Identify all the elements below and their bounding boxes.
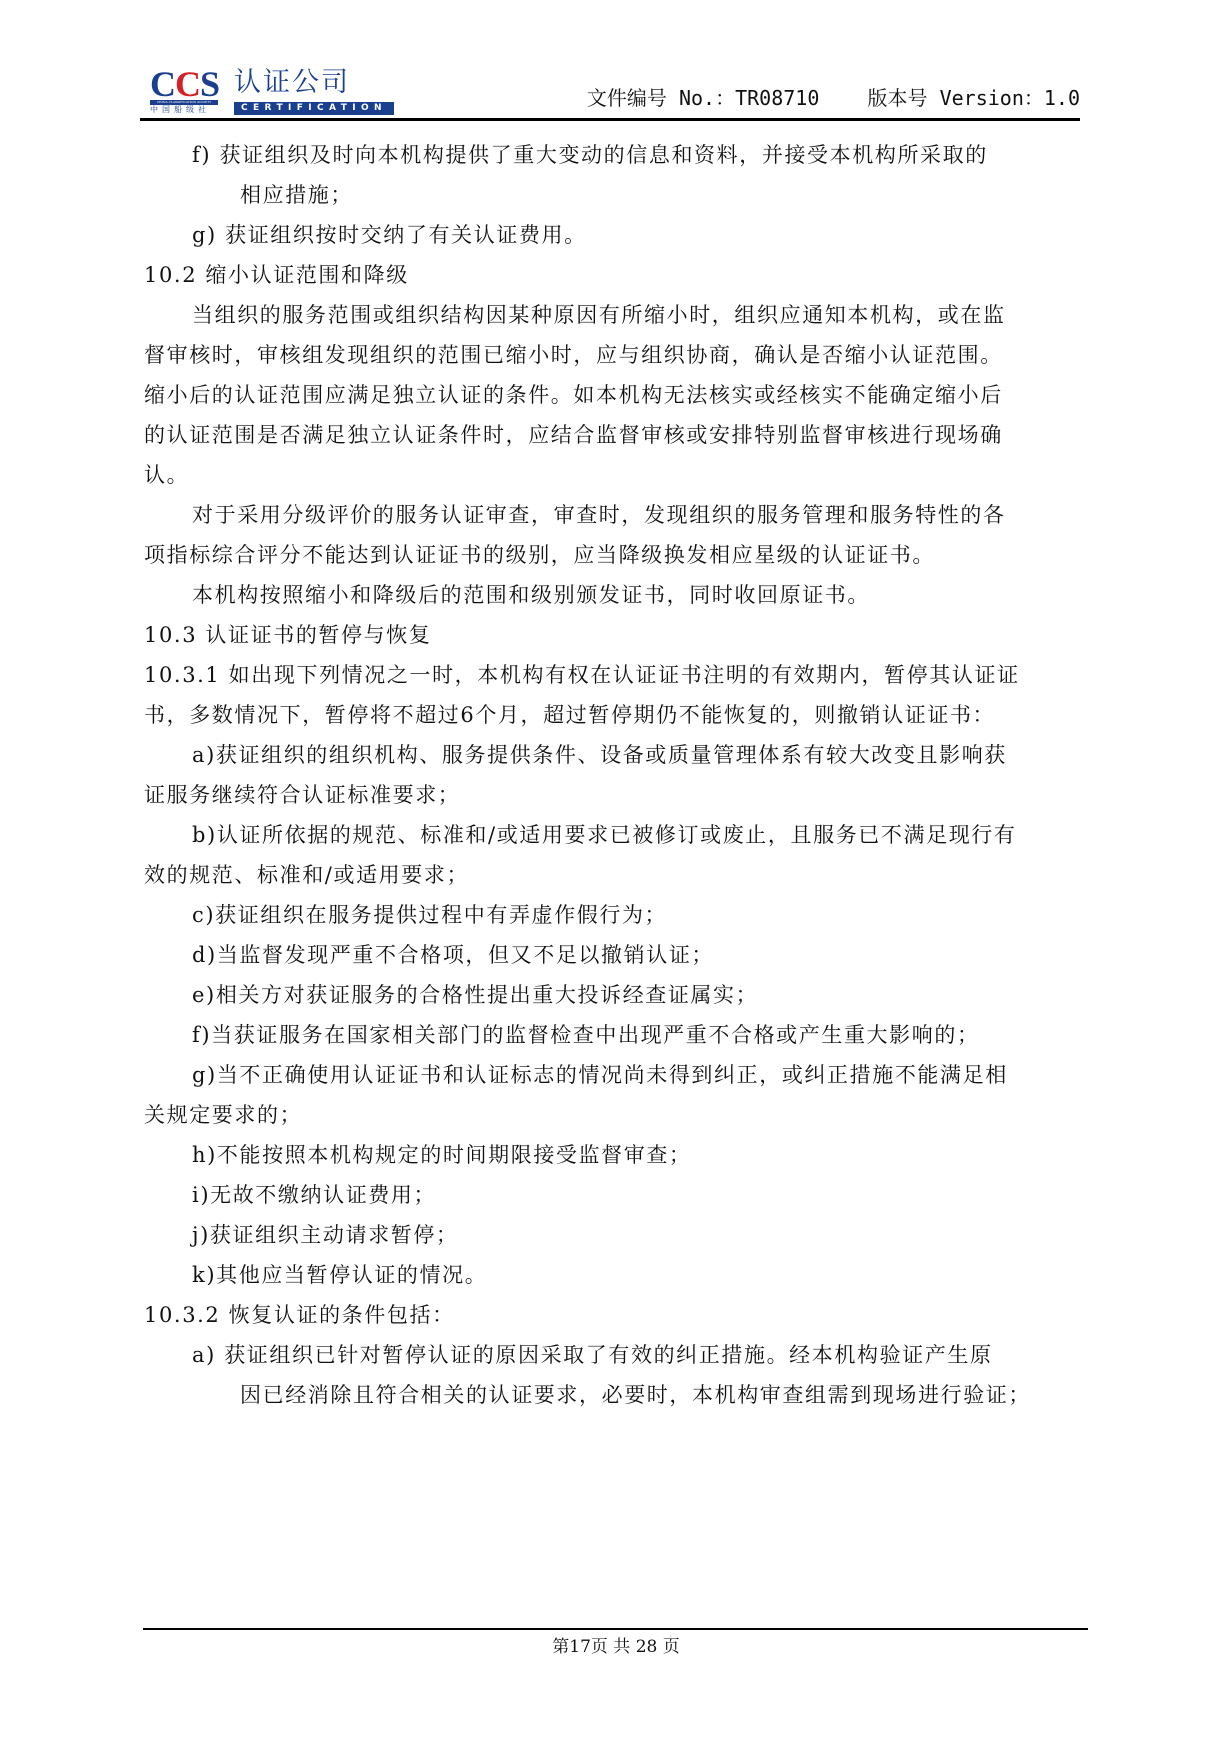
text-line: h)不能按照本机构规定的时间期限接受监督审查； [192, 1142, 692, 1168]
text-line: i)无故不缴纳认证费用； [192, 1182, 436, 1208]
text-line: g) 获证组织按时交纳了有关认证费用。 [192, 222, 587, 248]
text-line: 项指标综合评分不能达到认证证书的级别，应当降级换发相应星级的认证证书。 [144, 542, 935, 568]
text-line: d)当监督发现严重不合格项，但又不足以撤销认证； [192, 942, 714, 968]
text-line: b)认证所依据的规范、标准和/或适用要求已被修订或废止，且服务已不满足现行有 [192, 822, 1017, 848]
text-line: 当组织的服务范围或组织结构因某种原因有所缩小时，组织应通知本机构，或在监 [192, 302, 1006, 328]
text-line: 关规定要求的； [144, 1102, 302, 1128]
text-line: 认。 [144, 462, 189, 488]
ccs-certification-logo: CCS CHINA CLASSIFICATION SOCIETY 中国船级社 认… [150, 66, 400, 116]
text-line: c)获证组织在服务提供过程中有弄虚作假行为； [192, 902, 667, 928]
text-line: 相应措施； [240, 182, 353, 208]
logo-society-cn: 中国船级社 [150, 105, 210, 115]
document-info: 文件编号 No.：TR08710 版本号 Version：1.0 [587, 86, 1080, 110]
text-line: 对于采用分级评价的服务认证审查，审查时，发现组织的服务管理和服务特性的各 [192, 502, 1006, 528]
text-line: 的认证范围是否满足独立认证条件时，应结合监督审核或安排特别监督审核进行现场确 [144, 422, 1003, 448]
text-line: 10.3 认证证书的暂停与恢复 [144, 622, 431, 648]
logo-company-cn: 认证公司 [234, 68, 350, 98]
header-divider [140, 118, 1080, 121]
text-line: f)当获证服务在国家相关部门的监督检查中出现严重不合格或产生重大影响的； [192, 1022, 980, 1048]
text-line: 效的规范、标准和/或适用要求； [144, 862, 469, 888]
text-line: 10.2 缩小认证范围和降级 [144, 262, 409, 288]
doc-number-label: 文件编号 No.： [587, 86, 735, 110]
text-line: a) 获证组织已针对暂停认证的原因采取了有效的纠正措施。经本机构验证产生原 [192, 1342, 993, 1368]
text-line: 10.3.1 如出现下列情况之一时，本机构有权在认证证书注明的有效期内，暂停其认… [144, 662, 1020, 688]
logo-ccs-mark: CCS [150, 66, 219, 102]
text-line: 书，多数情况下，暂停将不超过6个月，超过暂停期仍不能恢复的，则撤销认证证书： [144, 702, 995, 728]
text-line: a)获证组织的组织机构、服务提供条件、设备或质量管理体系有较大改变且影响获 [192, 742, 1007, 768]
text-line: 本机构按照缩小和降级后的范围和级别颁发证书，同时收回原证书。 [192, 582, 870, 608]
text-line: 因已经消除且符合相关的认证要求，必要时，本机构审查组需到现场进行验证； [240, 1382, 1031, 1408]
text-line: 缩小后的认证范围应满足独立认证的条件。如本机构无法核实或经核实不能确定缩小后 [144, 382, 1003, 408]
text-line: 10.3.2 恢复认证的条件包括： [144, 1302, 455, 1328]
page-number: 第17页 共 28 页 [0, 1636, 1232, 1658]
logo-company-en: CERTIFICATION [234, 102, 394, 115]
version-label: 版本号 Version： [868, 86, 1044, 110]
footer-divider [143, 1628, 1088, 1630]
page-header: CCS CHINA CLASSIFICATION SOCIETY 中国船级社 认… [140, 60, 1080, 116]
doc-number: TR08710 [735, 86, 819, 110]
text-line: j)获证组织主动请求暂停； [192, 1222, 459, 1248]
text-line: e)相关方对获证服务的合格性提出重大投诉经查证属实； [192, 982, 758, 1008]
text-line: 督审核时，审核组发现组织的范围已缩小时，应与组织协商，确认是否缩小认证范围。 [144, 342, 1003, 368]
version-number: 1.0 [1044, 86, 1080, 110]
text-line: 证服务继续符合认证标准要求； [144, 782, 460, 808]
text-line: f) 获证组织及时向本机构提供了重大变动的信息和资料，并接受本机构所采取的 [192, 142, 988, 168]
text-line: k)其他应当暂停认证的情况。 [192, 1262, 487, 1288]
text-line: g)当不正确使用认证证书和认证标志的情况尚未得到纠正，或纠正措施不能满足相 [192, 1062, 1008, 1088]
